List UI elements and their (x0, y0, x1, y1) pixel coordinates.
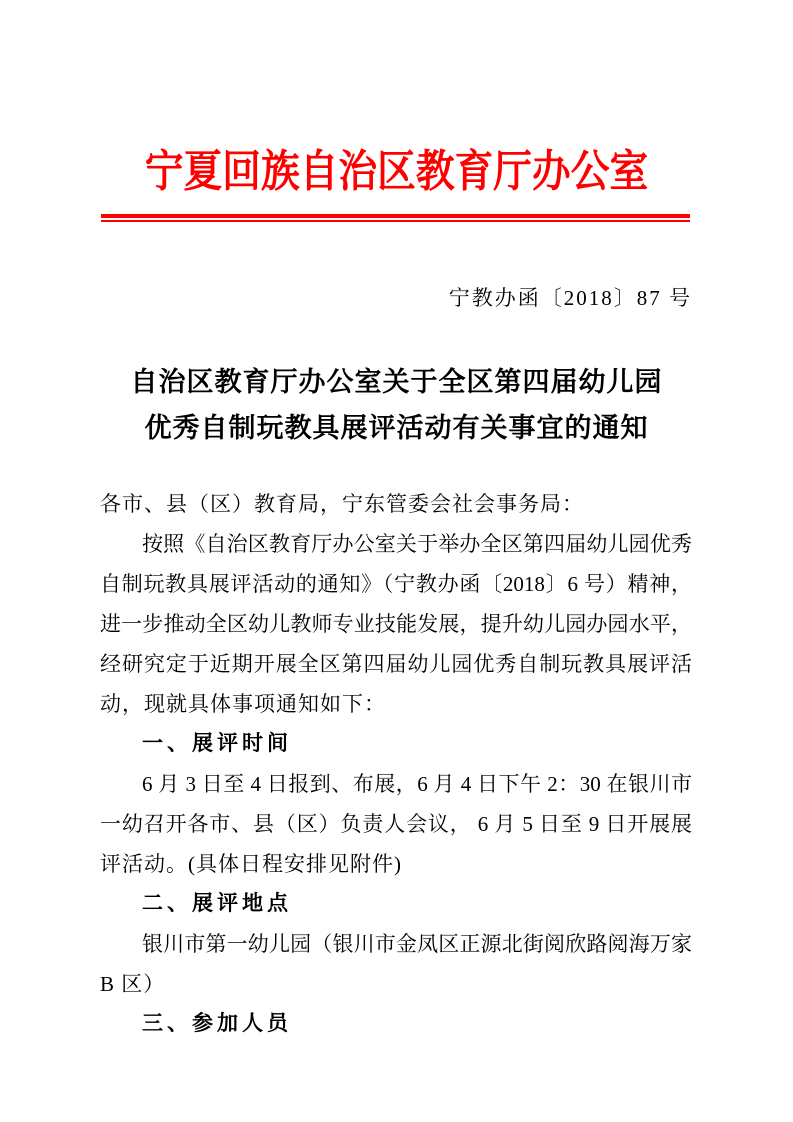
document-page: 宁夏回族自治区教育厅办公室 宁教办函〔2018〕87 号 自治区教育厅办公室关于… (0, 0, 793, 1122)
section-heading-2: 二、展评地点 (100, 884, 692, 924)
letterhead-divider (101, 214, 690, 222)
body-line: 银川市第一幼儿园（银川市金凤区正源北街阅欣路阅海万家 (100, 924, 692, 964)
body-line: 评活动。(具体日程安排见附件) (100, 844, 692, 884)
body-line: 自制玩教具展评活动的通知》（宁教办函〔2018〕6 号）精神， (100, 564, 692, 604)
salutation: 各市、县（区）教育局，宁东管委会社会事务局： (100, 484, 692, 524)
body-line: 进一步推动全区幼儿教师专业技能发展，提升幼儿园办园水平， (100, 604, 692, 644)
body-line: B 区） (100, 964, 692, 1004)
body-line: 动，现就具体事项通知如下： (100, 684, 692, 724)
body-line: 按照《自治区教育厅办公室关于举办全区第四届幼儿园优秀 (100, 524, 692, 564)
body-line: 经研究定于近期开展全区第四届幼儿园优秀自制玩教具展评活 (100, 644, 692, 684)
section-heading-3: 三、参加人员 (100, 1004, 692, 1044)
document-number: 宁教办函〔2018〕87 号 (100, 283, 692, 313)
section-heading-1: 一、展评时间 (100, 724, 692, 764)
body-line: 一幼召开各市、县（区）负责人会议， 6 月 5 日至 9 日开展展 (100, 804, 692, 844)
document-title-line-1: 自治区教育厅办公室关于全区第四届幼儿园 (0, 359, 793, 405)
letterhead-org-title: 宁夏回族自治区教育厅办公室 (48, 144, 746, 200)
document-body: 各市、县（区）教育局，宁东管委会社会事务局： 按照《自治区教育厅办公室关于举办全… (100, 484, 692, 1044)
document-title: 自治区教育厅办公室关于全区第四届幼儿园 优秀自制玩教具展评活动有关事宜的通知 (0, 359, 793, 451)
divider-thin-line (101, 220, 690, 222)
document-title-line-2: 优秀自制玩教具展评活动有关事宜的通知 (0, 405, 793, 451)
body-line: 6 月 3 日至 4 日报到、布展，6 月 4 日下午 2：30 在银川市 (100, 764, 692, 804)
divider-thick-line (101, 214, 690, 218)
